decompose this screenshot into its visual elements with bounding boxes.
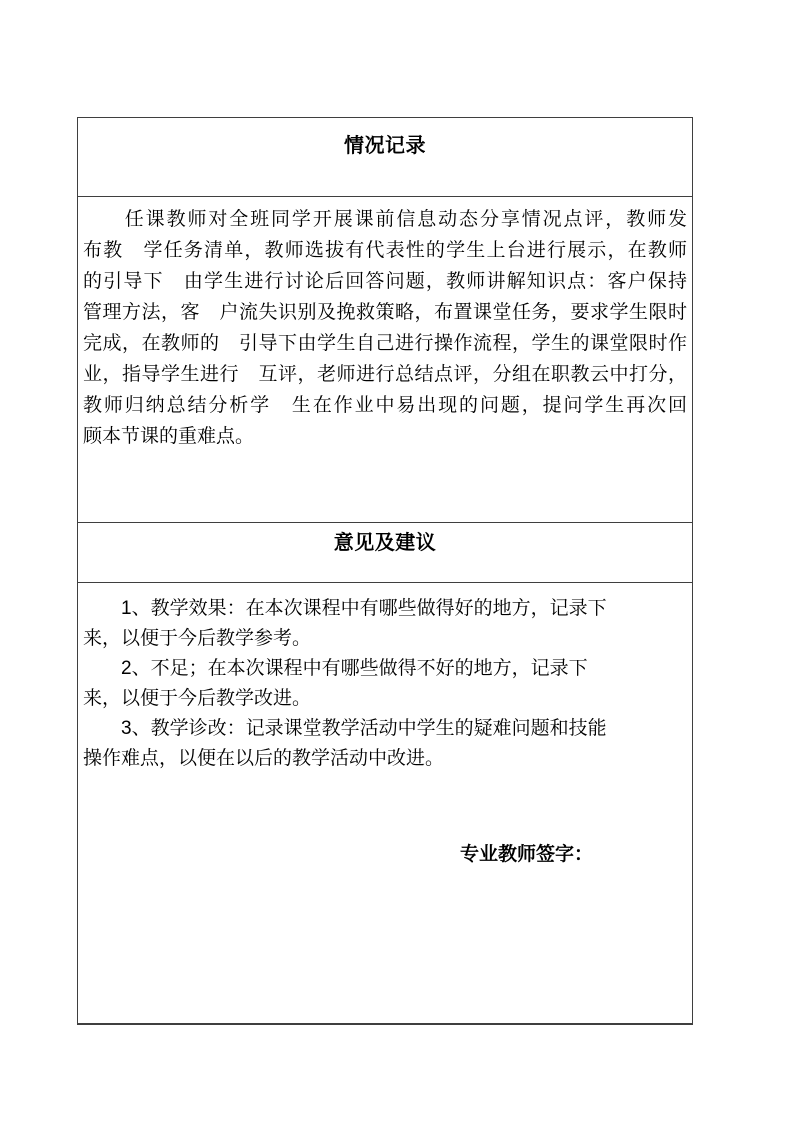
teacher-signature-label: 专业教师签字： [83,840,687,870]
paragraph-line: 管理方法，客 户流失识别及挽救策略，布置课堂任务，要求学生限时 [83,297,687,328]
situation-record-header-row: 情况记录 [78,118,692,197]
paragraph-line: 布教 学任务清单，教师选拔有代表性的学生上台进行展示，在教师 [83,235,687,266]
suggestion-line: 3、教学诊改：记录课堂教学活动中学生的疑难问题和技能 [83,714,687,744]
paragraph-line: 教师归纳总结分析学 生在作业中易出现的问题，提问学生再次回 [83,390,687,421]
record-table: 情况记录 任课教师对全班同学开展课前信息动态分享情况点评，教师发 布教 学任务清… [77,117,693,1025]
suggestions-content: 1、教学效果：在本次课程中有哪些做得好的地方，记录下 来，以便于今后教学参考。 … [78,583,692,1023]
suggestion-line: 来，以便于今后教学参考。 [83,624,687,654]
paragraph-line: 完成，在教师的 引导下由学生自己进行操作流程，学生的课堂限时作 [83,328,687,359]
suggestion-line: 来，以便于今后教学改进。 [83,684,687,714]
paragraph-line: 顾本节课的重难点。 [83,421,687,452]
suggestion-line: 操作难点，以便在以后的教学活动中改进。 [83,744,687,774]
paragraph-line: 任课教师对全班同学开展课前信息动态分享情况点评，教师发 [83,204,687,235]
situation-record-content: 任课教师对全班同学开展课前信息动态分享情况点评，教师发 布教 学任务清单，教师选… [78,197,692,523]
situation-record-title: 情况记录 [78,135,692,157]
suggestions-header-row: 意见及建议 [78,523,692,583]
suggestions-title: 意见及建议 [78,532,692,554]
suggestion-line: 1、教学效果：在本次课程中有哪些做得好的地方，记录下 [83,594,687,624]
suggestion-line: 2、不足；在本次课程中有哪些做得不好的地方，记录下 [83,654,687,684]
paragraph-line: 业，指导学生进行 互评，老师进行总结点评，分组在职教云中打分， [83,359,687,390]
paragraph-line: 的引导下 由学生进行讨论后回答问题，教师讲解知识点：客户保持 [83,266,687,297]
